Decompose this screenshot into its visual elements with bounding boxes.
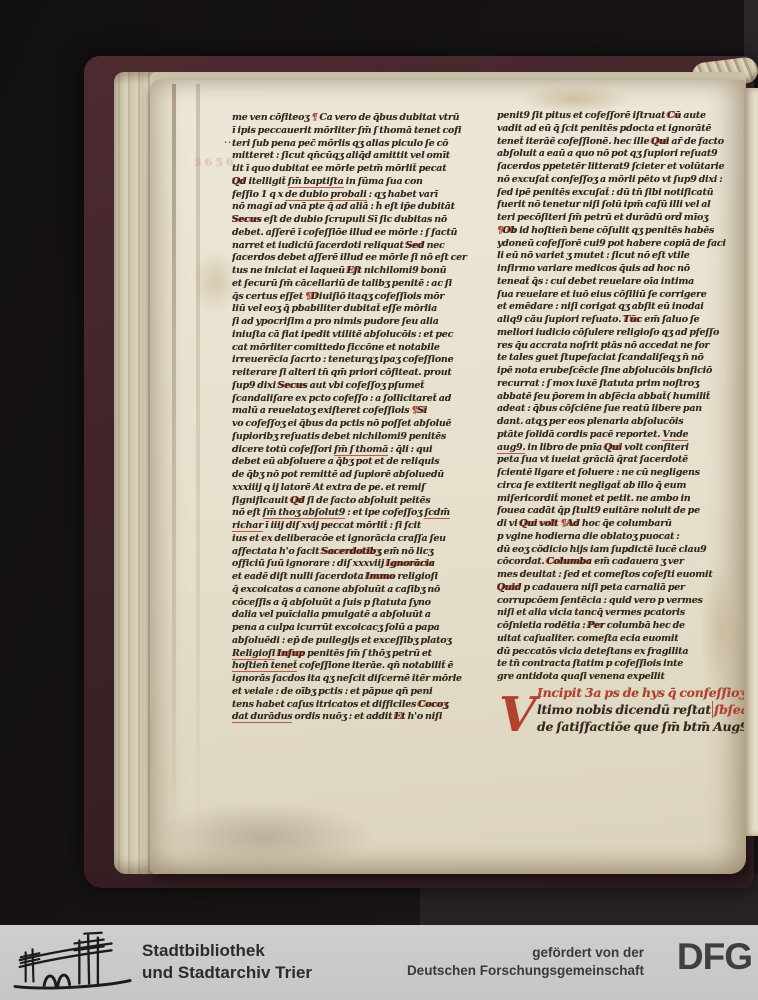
manuscript-line: pena a culpa icurrūt excoicacʒ ſolū a … <box>232 622 495 635</box>
manuscript-line: abbatē ſeu p̄orem in abſēcia abbat̄( h… <box>497 391 749 404</box>
manuscript-line: penit9 ſit pitus et cofeſſorē iſtruat C… <box>497 110 749 123</box>
manuscript-line: dicere totū cofeſſori ſm̄ ſ thomā : q̄… <box>232 444 495 457</box>
manuscript-line: narret et iudiciū ſacerdoti reliquat Se… <box>232 240 495 253</box>
manuscript-line: ignorās ſacdos ita qʒ neſcit diſcernē … <box>232 673 495 686</box>
left-text-column: me ven cōfiteoʒ ¶ Ca vero de q̄bus dubi… <box>232 112 495 724</box>
manuscript-line: dant. atqʒ per eos plenaria abſolucōis <box>497 416 749 429</box>
manuscript-line: et veiale : de oībʒ pctis : et pāpue q… <box>232 686 495 699</box>
manuscript-line: irreuerēcia ſacrto : teneturqʒ ipaʒ cof… <box>232 354 495 367</box>
photo-area: ·· 5656 me ven cōfiteoʒ ¶ Ca vero de q̄… <box>0 0 758 925</box>
manuscript-line: tit ī quo dubitat ee mōrle petm̄ mōrli… <box>232 163 495 176</box>
manuscript-line: ¶Ob id hoſtien̄ bene cōſulit qʒ penitē… <box>497 225 749 238</box>
manuscript-line: nō excuſat̄ confeſſoʒ a mōrli pēto vt… <box>497 174 749 187</box>
manuscript-line: ī ipis peccauerit mōrliter ſm̄ ſ thomā… <box>232 125 495 138</box>
manuscript-line: ſcandaliſare ex pcto cofeſſo : a ſollici… <box>232 393 495 406</box>
library-name: Stadtbibliothek und Stadtarchiv Trier <box>142 940 312 984</box>
manuscript-line: uitat caſualiter. comeſta ecia euomit <box>497 633 749 646</box>
manuscript-line: officiū ſuū ignorare : diſ xxxviij Ign… <box>232 558 495 571</box>
manuscript-line: res q̄u accrata noſrit ptās nō accedat… <box>497 340 749 353</box>
manuscript-line: tus ne iniciat ei laqueū Eſt nichilomi9… <box>232 265 495 278</box>
manuscript-line: meliori iudicio cōſulere religioſo qʒ a… <box>497 327 749 340</box>
manuscript-line: abſoluit a eaū a quo nō pot qʒ ſupiori… <box>497 148 749 161</box>
manuscript-line: abſoluēdi : ep̄ de puilegijs et exceſſi… <box>232 635 495 648</box>
manuscript-line: ſacerdos debet aſſerē illud ee mōrle ſ… <box>232 252 495 265</box>
manuscript-line: debet eū abſoluere a q̄bʒ pot et de rel… <box>232 456 495 469</box>
manuscript-line: ſua reuelare et iuō eius cōſiliū ſe c… <box>497 289 749 302</box>
library-name-line1: Stadtbibliothek <box>142 940 312 962</box>
manuscript-line: cōcordat. Columba em̄ cadauera ʒ ver <box>497 556 749 569</box>
manuscript-line: de q̄bʒ nō pot remittē ad ſupiorē abſ… <box>232 469 495 482</box>
funding-credit-line2: Deutschen Forschungsgemeinschaft <box>407 962 644 980</box>
manuscript-line: ſi ad ypocriſim a pro nimis pudore ſeu a… <box>232 316 495 329</box>
manuscript-line: malū a reuelatoʒ exiſteret cofeſſiois ¶… <box>232 405 495 418</box>
manuscript-line: di vi Qui volt ¶Ad hoc q̄e columbarū <box>497 518 749 531</box>
manuscript-line: et eadē diſt nulli ſacerdota Immo relig… <box>232 571 495 584</box>
manuscript-line: Quid p cadauera niſi peta carnaliā per <box>497 582 749 595</box>
funding-banner: Stadtbibliothek und Stadtarchiv Trier ge… <box>0 925 758 1000</box>
manuscript-line: ptāte ſolidā cordis pacē reportet. Vn… <box>497 429 749 442</box>
manuscript-line: affectata h'o facit Sacerdotibʒ em̄ nō … <box>232 546 495 559</box>
shelfmark-faint: 5656 <box>194 156 237 169</box>
funding-credit-line1: gefördert von der <box>407 944 644 962</box>
manuscript-line: li eū nō variet ʒ mutet : ſicut nō eſ… <box>497 250 749 263</box>
manuscript-line: iniuſta cā fiat ipedit vtilitē abſoluc… <box>232 329 495 342</box>
page-fold-line <box>172 84 176 846</box>
manuscript-line: me ven cōfiteoʒ ¶ Ca vero de q̄bus dubi… <box>232 112 495 125</box>
manuscript-line: debet. aſſerē ī cofeſſiōe illud ee mō… <box>232 227 495 240</box>
manuscript-line: ſacerdos ppetetēr litterat9 ſcieter et … <box>497 161 749 174</box>
manuscript-line: ipē nota erubeſcēcie ſine abſolucōis … <box>497 365 749 378</box>
manuscript-line: ſup9 dixi Secus aut vbi cofeſſoʒ pſumet̄ <box>232 380 495 393</box>
manuscript-line: et ſecurū ſm̄ cācellariū de talibʒ pe… <box>232 278 495 291</box>
manuscript-line: q̄ excoicatos a canone abſoluūt a caſib… <box>232 584 495 597</box>
shelfmark-dots: ·· <box>224 138 232 147</box>
manuscript-line: ſignificauit Qd ſi de facto abſoluit pei… <box>232 495 495 508</box>
manuscript-line: ſupioribʒ reſuatis debet nichilomi9 peni… <box>232 431 495 444</box>
manuscript-line: peta ſua vt iueiat grāciā q̄rat ſacerd… <box>497 454 749 467</box>
manuscript-page: ·· 5656 me ven cōfiteoʒ ¶ Ca vero de q̄… <box>150 80 746 874</box>
manuscript-line: Qd itelligit̄ ſm̄ baptiſta in ſūma ſua … <box>232 176 495 189</box>
manuscript-line: fouea cadāt q̄p ſtult9 euitāre noluit … <box>497 505 749 518</box>
dfg-logo: DFG <box>677 938 752 975</box>
manuscript-line: nō magī ad vnā pte q̄ ad aliā : h̄ e… <box>232 201 495 214</box>
manuscript-line: circa ſe extiterit negligat̄ ab illo q̄ … <box>497 480 749 493</box>
manuscript-line: mitteret : ſicut qn̄cūqʒ aliq̄d amittit… <box>232 150 495 163</box>
manuscript-line: vadit ad eū q̄ ſcit penitēs pdocta et … <box>497 123 749 136</box>
manuscript-line: cōſnietia rodētia : Per columbā hec d… <box>497 620 749 633</box>
manuscript-line: feſſio 1 q x de dubio probali : qʒ habet… <box>232 189 495 202</box>
manuscript-line: tens habet caſus itricatos et difficiles… <box>232 699 495 712</box>
manuscript-line: infirmo variare medicos q̄uis ad hoc nō <box>497 263 749 276</box>
manuscript-line: et emēdare : niſi corigat qʒ abſit eū … <box>497 301 749 314</box>
manuscript-line: aug9. in libro de pnīa Qui volt confite… <box>497 442 749 455</box>
manuscript-line: gre antidota quaſi venena expellit <box>497 671 749 684</box>
manuscript-line: teneat̄ q̄s : cui debet reuelare oīa in… <box>497 276 749 289</box>
manuscript-line: nō eſt ſm̄ thoʒ abſolut9 : et ipe cofeſ… <box>232 507 495 520</box>
manuscript-line: dalia vel puīcialia pmulgatē a abſoluu… <box>232 609 495 622</box>
manuscript-line: Religioſi Inſup penitēs ſm̄ ſ thōʒ pet… <box>232 648 495 661</box>
next-leaf-edge <box>744 88 758 836</box>
manuscript-line: xxxiiij q ij latorē At extra de pe. et … <box>232 482 495 495</box>
manuscript-line: adeat : q̄bus cōſciēne ſue reatū libe… <box>497 403 749 416</box>
manuscript-line: reiterare ſi alteri tn̄ qm̄ priori cōfi… <box>232 367 495 380</box>
manuscript-line: miſericordit̄ monet et petit. ne ambo in <box>497 493 749 506</box>
page-fold-line <box>196 84 200 846</box>
manuscript-line: te tales guet ſtupefaciat ſcandaliſeqʒ n… <box>497 352 749 365</box>
manuscript-line: ydoneū cofeſſorē cui9 pot habere copia… <box>497 238 749 251</box>
right-text-column: V penit9 ſit pitus et cofeſſorē iſtruat… <box>497 110 749 735</box>
manuscript-line: ſed ipē penitēs excuſat̄ : dū tn̄ ſib… <box>497 187 749 200</box>
manuscript-line: dat durādus ordis nuōʒ : et addit Et h… <box>232 711 495 724</box>
stadtbibliothek-trier-logo <box>12 930 134 996</box>
manuscript-line: ius et ex deliberacōe et ignorācia cra… <box>232 533 495 546</box>
manuscript-line: q̄s certus eſſet ¶Diuiſiō itaqʒ cofeſſi… <box>232 291 495 304</box>
manuscript-line: p vgine hodierna die oblatoʒ puocat : <box>497 531 749 544</box>
manuscript-line: dū peccatōs vicia deteſtans ex fragili… <box>497 646 749 659</box>
manuscript-line: teri ſub pena pec̄ mōrlis qʒ alias picu… <box>232 138 495 151</box>
manuscript-line: vo cofeſſoʒ ei q̄bus da pctis nō poſſet… <box>232 418 495 431</box>
manuscript-line: richar ī iiij diſ xvij peccat mōrlit̄ :… <box>232 520 495 533</box>
manuscript-line: Secus eſt de dubio ſcrupuli Sī ſic dubi… <box>232 214 495 227</box>
manuscript-line: mes deuitat : ſed et comeſtos cofeſti eu… <box>497 569 749 582</box>
manuscript-line: liū vel eoʒ q̄ pbabiliter dubitat̄ eſſe… <box>232 303 495 316</box>
page-stain <box>154 802 374 872</box>
manuscript-line: corrupcōem ſentēcia : quid vero p verm… <box>497 595 749 608</box>
manuscript-line: tenet̄ iterāē cofeſſionē. hec ille Qu… <box>497 136 749 149</box>
manuscript-line: ſcientē ligare et ſoluere : ne cū negl… <box>497 467 749 480</box>
manuscript-line: cōceſſis a q̄ abſoluūt a ſuis p ſtatut… <box>232 597 495 610</box>
manuscript-line: recurrat : ſ mox iuxē ſtatuta prim noſt… <box>497 378 749 391</box>
library-name-line2: und Stadtarchiv Trier <box>142 962 312 984</box>
rubric-drop-initial: V <box>499 694 536 736</box>
manuscript-line: hoſtien̄ tenet̄ cofeſſione iterāe. qn̄ … <box>232 660 495 673</box>
manuscript-line: aliq9 cāu ſupiori reſuato. Tūc em̄ ſal… <box>497 314 749 327</box>
manuscript-line: te tn̄ contracta ſtatim p cofeſſiois int… <box>497 658 749 671</box>
manuscript-line: niſi et alia vicia tancq̄ vermes pcatori… <box>497 607 749 620</box>
manuscript-line: fuerit nō tenetur niſi ſolū ipm̄ caſū… <box>497 199 749 212</box>
funding-credit: gefördert von der Deutschen Forschungsge… <box>407 944 644 979</box>
manuscript-line: cat mōrliter comittedo ficcōne et nota… <box>232 342 495 355</box>
manuscript-line: teri pecōſiteri ſm̄ petrū et durādū … <box>497 212 749 225</box>
manuscript-line: dū eoʒ cōdicio hijs iam ſupdictē luce… <box>497 544 749 557</box>
